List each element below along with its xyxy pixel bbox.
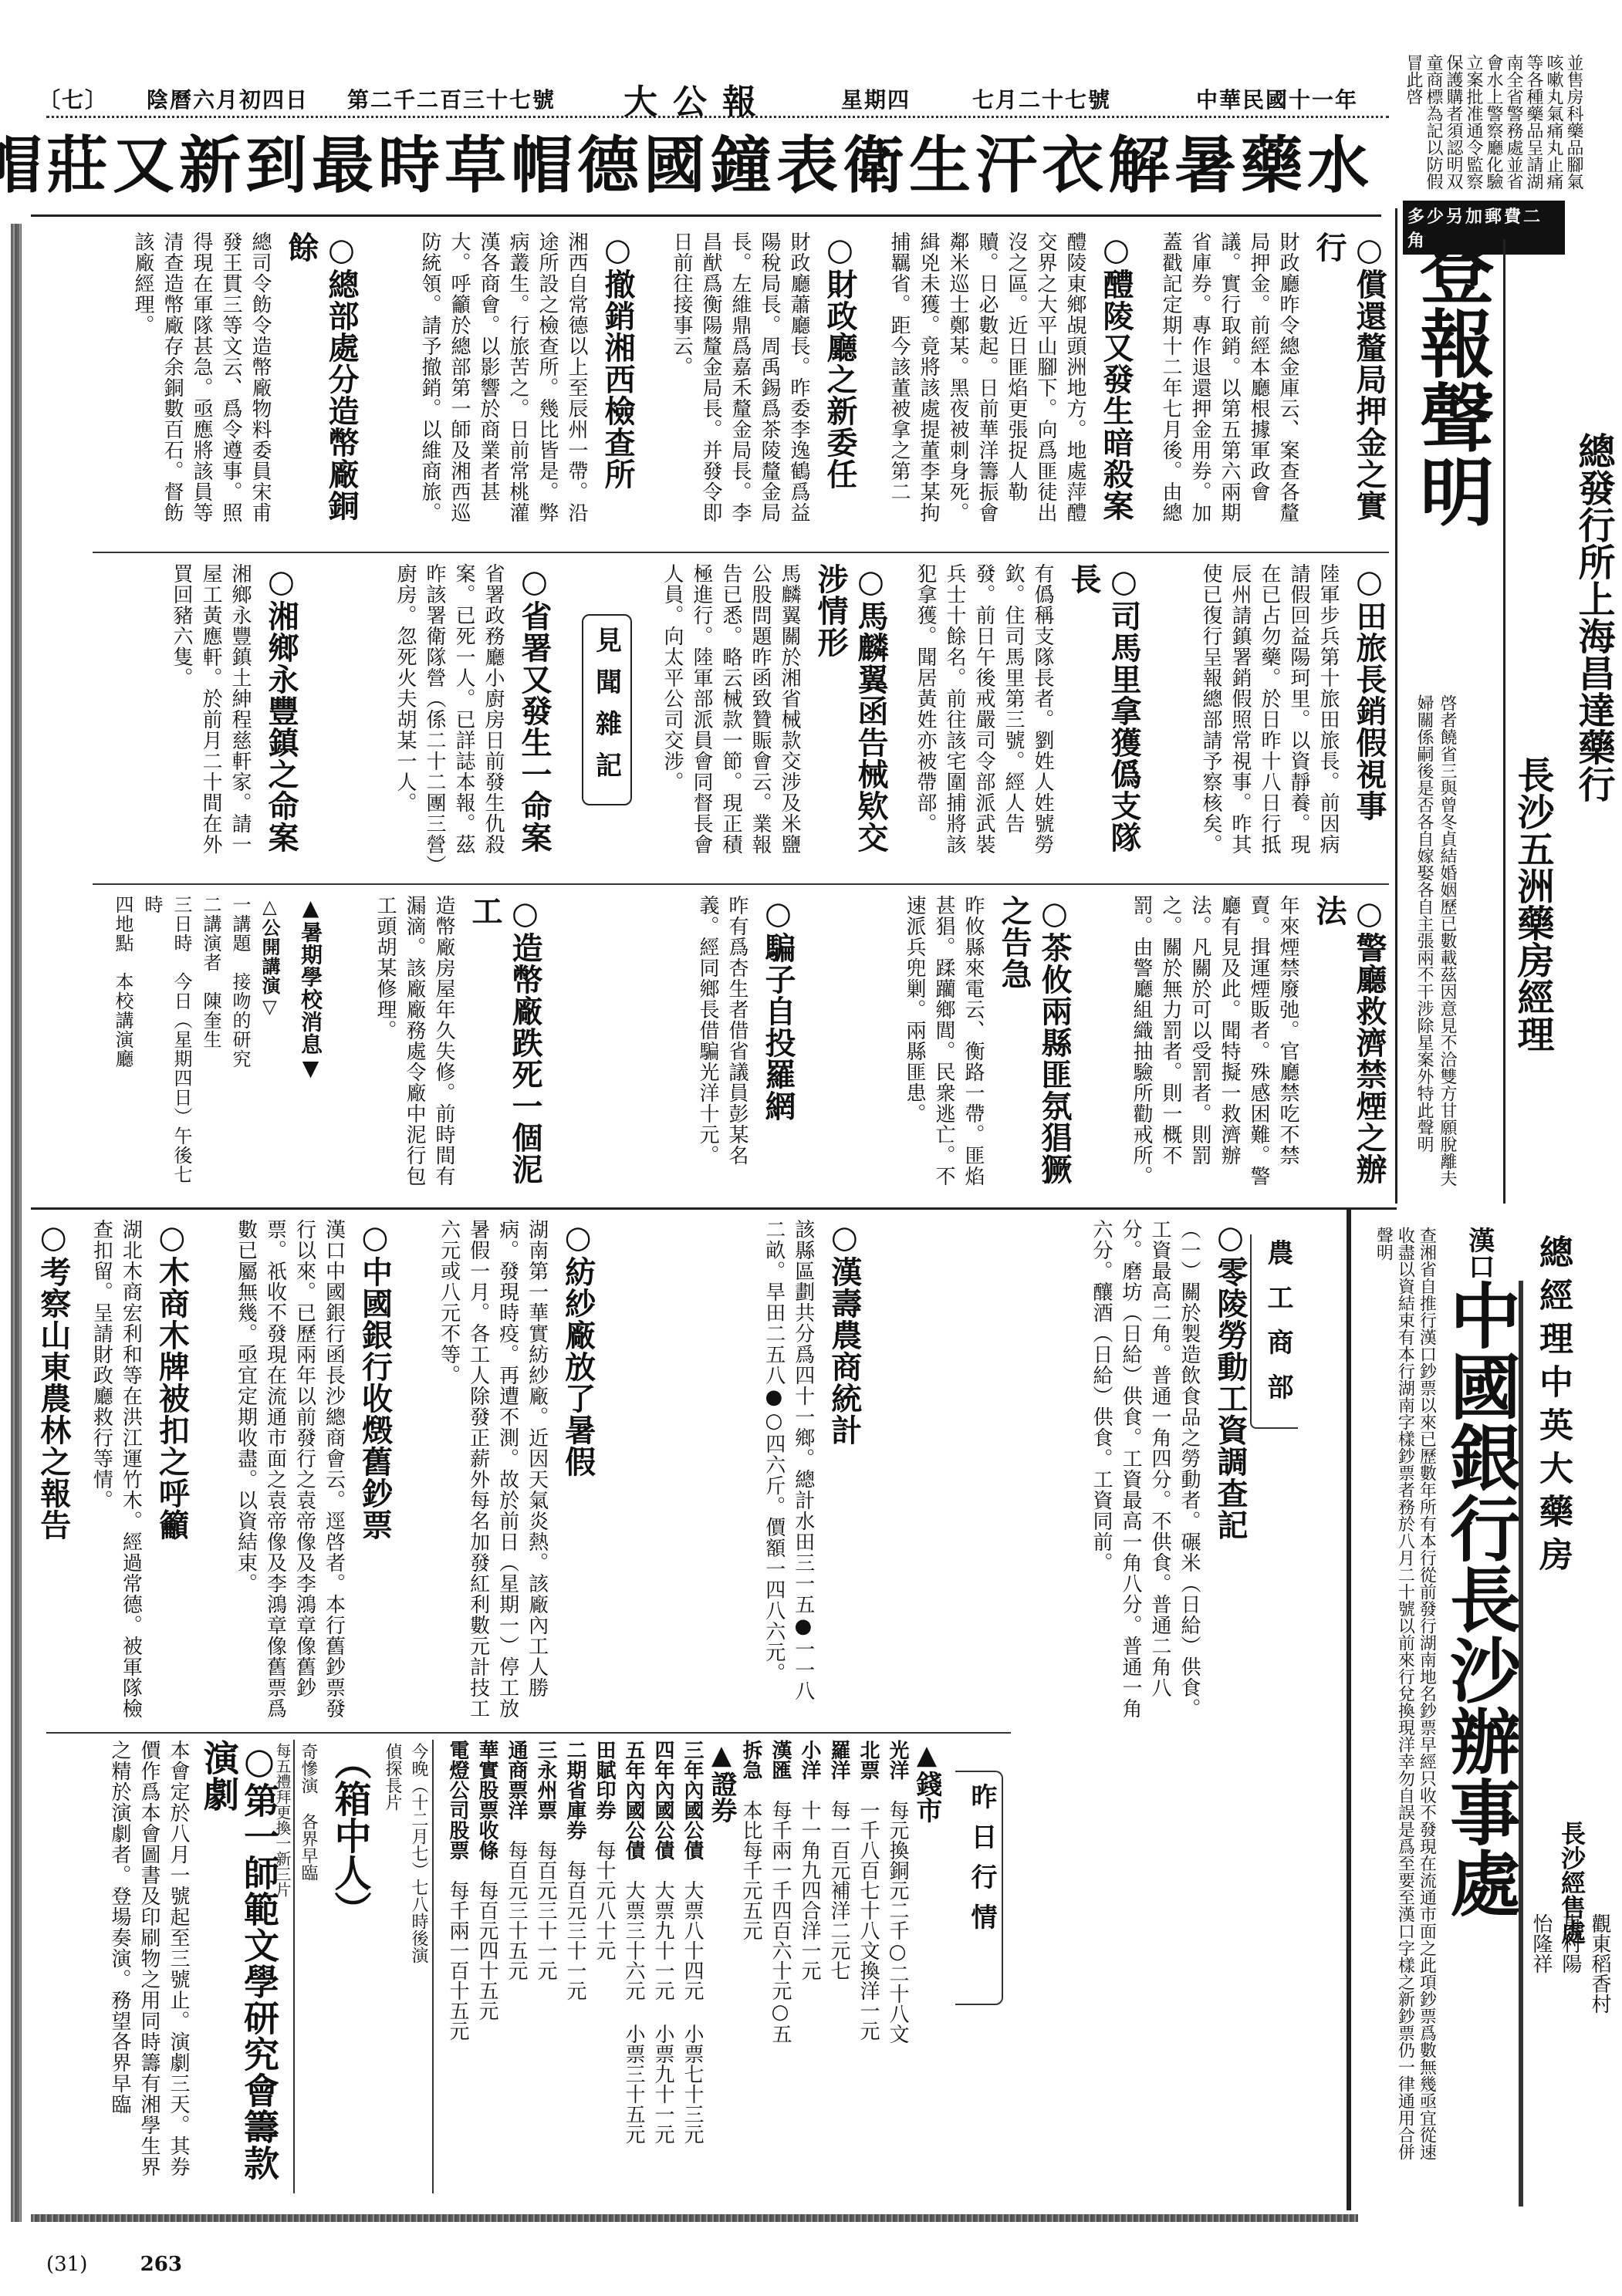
theater-subtitle: 偵探長片 bbox=[381, 1743, 403, 2190]
article-body: 總司令飭令造幣廠物料委員宋甫發王貫三等文云、爲令遵事。照得現在軍隊甚急。亟應將該… bbox=[128, 231, 275, 540]
school-item: 二講演者 陳奎生 bbox=[196, 895, 225, 1196]
bank-ad-title-wrap: 漢口 中國銀行長沙辦事處 bbox=[1441, 1227, 1516, 2214]
section-label-jianwen: 見聞雜記 bbox=[582, 614, 632, 805]
article-body: 財政廳蕭廳長。昨委李逸鶴爲益陽稅局長。周禹錫爲茶陵釐金局長。左維鼎爲嘉禾釐金局長… bbox=[667, 231, 813, 540]
article-title: ○造幣廠跌死一個泥工 bbox=[465, 895, 545, 1196]
article-timber-merchants: ○木商木牌被扣之呼籲 湖北木商宏利和等在洪江運竹木。經過常德。被軍隊檢查扣留。呈… bbox=[93, 1219, 192, 1720]
masthead-date: 七月二十七號 bbox=[972, 83, 1111, 114]
article-title: ○警廳救濟禁煙之辦法 bbox=[1309, 895, 1389, 1196]
section-rule bbox=[31, 1207, 1397, 1210]
article-body: 湘鄉永豐鎮土紳程慈軒家。請一屋工黃應軒。於前月二十間在外買回豬六隻。 bbox=[167, 563, 255, 872]
article-title: ○木商木牌被扣之呼籲 bbox=[151, 1219, 191, 1720]
article-title: ○騙子自投羅網 bbox=[758, 895, 798, 1196]
article-body: 省署政務廳小廚房日前發生仇殺案。已死一人。已詳誌本報。茲昨該署衛隊營（係二十二團… bbox=[390, 563, 508, 872]
article-liling-assassination: ○醴陵又發生暗殺案 醴陵東鄉覘頭洲地方。地處萍醴交界之大平山腳下。向爲匪徒出沒之… bbox=[881, 231, 1136, 540]
masthead-date-republic: 中華民國十一年 bbox=[1196, 83, 1358, 114]
page-edge-shadow bbox=[11, 224, 22, 2222]
article-body: 陸軍步兵第十旅田旅長。前因病請假回益陽珂里。以資靜養。現在已占勿藥。於日昨十八日… bbox=[1196, 563, 1343, 872]
article-title: ○考察山東農林之報告 bbox=[33, 1219, 73, 1720]
agent-item: 東村陽 bbox=[1557, 1913, 1583, 2014]
market-category: ▲證券 bbox=[707, 1740, 736, 2203]
article-title: ○財政廳之新委任 bbox=[819, 231, 860, 540]
market-row: 羅洋 每一百元補洋二元七 bbox=[824, 1740, 853, 2203]
article-body: 湖北木商宏利和等在洪江運竹木。經過常德。被軍隊檢查扣留。呈請財政廳救行等情。 bbox=[93, 1219, 146, 1720]
market-report: 昨日行情 ▲錢市 光洋 每元換銅元二千○二十八文 北票 一千八百七十八文換洋一元… bbox=[448, 1740, 1003, 2203]
article-body: 湘西自常德以上至辰州一帶。沿途所設之檢查所。幾比皆是。弊病叢生。行旅苦之。日前常… bbox=[415, 231, 591, 540]
school-news: ▲暑期學校消息▼ △公開講演▽ 一講題 接吻的研究 二講演者 陳奎生 三日時 今… bbox=[83, 895, 330, 1196]
article-body: 漢口中國銀行函長沙總商會云。逕啓者。本行舊鈔票發行以來。已歷兩年以前發行之袁帝像… bbox=[231, 1219, 348, 1720]
article-title: ○湘鄉永豐鎮之命案 bbox=[261, 563, 301, 872]
upper-row-2: ○田旅長銷假視事 陸軍步兵第十旅田旅長。前因病請假回益陽珂里。以資靜養。現在已占… bbox=[46, 563, 1389, 872]
market-category: ▲錢市 bbox=[912, 1740, 941, 2203]
article-title: ○田旅長銷假視事 bbox=[1349, 563, 1389, 872]
lower-row-2: 昨日行情 ▲錢市 光洋 每元換銅元二千○二十八文 北票 一千八百七十八文換洋一元… bbox=[23, 1740, 1003, 2203]
article-shandong-forestry: ○考察山東農林之報告 bbox=[31, 1219, 73, 1720]
market-row: 通商票洋 每百元三十五元 bbox=[502, 1740, 531, 2203]
banner-rule bbox=[31, 214, 1381, 217]
article-body: 有僞稱支隊長者。劉姓人姓號勞欽。住司馬里第三號。經人告發。前日午後戒嚴司令部派武… bbox=[912, 563, 1057, 872]
article-body: 醴陵東鄉覘頭洲地方。地處萍醴交界之大平山腳下。向爲匪徒出沒之區。近日匪焰更張捉人… bbox=[881, 231, 1090, 540]
market-row: 拆急 本比每千元五元 bbox=[736, 1740, 765, 2203]
article-finance-appointment: ○財政廳之新委任 財政廳蕭廳長。昨委李逸鶴爲益陽稅局長。周禹錫爲茶陵釐金局長。左… bbox=[659, 231, 860, 540]
banner-text: 晉泰隆洋貨鞋帽莊又新到最時草帽德國鐘表衛生汗衣解暑藥水 bbox=[0, 135, 1374, 197]
masthead-issue-number: 第二千二百三十七號 bbox=[347, 83, 556, 114]
article-normal-school-drama: ○第一師範文學研究會籌款演劇 本會定於八月一號起至三號止。演劇三天。其券價作爲本… bbox=[25, 1740, 279, 2187]
market-row: 三年內國公債 大票八十四元 小票七十三元 bbox=[678, 1740, 707, 2203]
bank-ad-prefix: 漢口 bbox=[1466, 1227, 1492, 1279]
notice-divider bbox=[1503, 239, 1505, 1204]
article-title: ○撤銷湘西檢查所 bbox=[597, 231, 637, 540]
article-title: ○償還釐局押金之實行 bbox=[1309, 231, 1389, 540]
agri-section-box: 農工商部 bbox=[1250, 1234, 1298, 1429]
article-title: ○總部處分造幣廠銅餘 bbox=[281, 231, 361, 540]
market-sections: ▲錢市 光洋 每元換銅元二千○二十八文 北票 一千八百七十八文換洋一元 羅洋 每… bbox=[448, 1740, 941, 2203]
market-row: 光洋 每元換銅元二千○二十八文 bbox=[883, 1740, 912, 2203]
article-body: 本會定於八月一號起至三號止。演劇三天。其券價作爲本會圖書及印刷物之用同時籌有湘學… bbox=[105, 1740, 193, 2187]
school-item: 四地點 本校講演廳 bbox=[108, 895, 137, 1196]
market-row: 田賦印券 每十元八十元 bbox=[590, 1740, 619, 2203]
article-title: ○醴陵又發生暗殺案 bbox=[1096, 231, 1136, 540]
agent-item: 怡隆祥 bbox=[1528, 1913, 1554, 2014]
notice-body: 啓者饒省三與曾冬貞結婚姻歷已數載茲因意見不洽雙方甘願脫離夫婦關係嗣後是否各自嫁娶… bbox=[1412, 694, 1458, 1188]
market-title-box: 昨日行情 bbox=[955, 1771, 1003, 2005]
article-opium-relief: ○警廳救濟禁煙之辦法 年來煙禁廢弛。官廳禁吃不禁賣。揖運煙販者。殊感困難。警廳有… bbox=[1096, 895, 1389, 1196]
bank-ad: 漢口 中國銀行長沙辦事處 查湘省自推行漢口鈔票以來已歷數年所有本行從前發行湖南地… bbox=[1354, 1227, 1516, 2214]
article-fake-commander: ○司馬里拿獲僞支隊長 有僞稱支隊長者。劉姓人姓號勞欽。住司馬里第三號。經人告發。… bbox=[912, 563, 1144, 872]
article-body: 造幣廠房屋年久失修。前時間有漏滴。該廠廠務處令廠中泥行包工頭胡某修理。 bbox=[370, 895, 458, 1196]
market-row: 四年內國公債 大票九十一元 小票九十一元 bbox=[648, 1740, 678, 2203]
article-repay-deposit: ○償還釐局押金之實行 財政廳昨令總金庫云、案查各釐局押金。前經本廳根據軍政會議。… bbox=[1157, 231, 1389, 540]
page-footer: (31) 263 bbox=[46, 2253, 228, 2276]
agent-list: 觀東稻香村 東村陽 怡隆祥 bbox=[1528, 1913, 1613, 2014]
theater-footer: 每五禮拜更換一新三片 bbox=[272, 1743, 292, 2190]
notice-border-left bbox=[1395, 208, 1397, 1204]
notice-ad: 登報聲明 啓者饒省三與曾冬貞結婚姻歷已數載茲因意見不洽雙方甘願脫離夫婦關係嗣後是… bbox=[1412, 231, 1497, 1196]
article-title: ○中國銀行收燬舊鈔票 bbox=[354, 1219, 394, 1720]
article-body: （一）關於製造飲食品之勞動者。碾米（日給）供食。工資最高二角。普通一角四分。不供… bbox=[1086, 1219, 1204, 1720]
banner-ad: 晉泰隆洋貨鞋帽莊又新到最時草帽德國鐘表衛生汗衣解暑藥水 bbox=[15, 123, 1374, 208]
pharmacy-line2: 長沙五洲藥房經理 bbox=[1506, 756, 1559, 1204]
top-right-ad: 並售房科藥品腳氣咳嗽丸氣痛丸止痛等各種藥品呈請湖南全省警務處並省會水上警察廳化驗… bbox=[1403, 54, 1565, 231]
row-rule-2 bbox=[93, 883, 1389, 885]
article-provincial-murder: ○省署又發生一命案 省署政務廳小廚房日前發生仇殺案。已死一人。已詳誌本報。茲昨該… bbox=[323, 563, 554, 872]
article-bank-old-notes: ○中國銀行收燬舊鈔票 漢口中國銀行函長沙總商會云。逕啓者。本行舊鈔票發行以來。已… bbox=[211, 1219, 394, 1720]
article-body: 財政廳昨令總金庫云、案查各釐局押金。前經本廳根據軍政會議。實行取銷。以第五第六兩… bbox=[1157, 231, 1303, 540]
market-row: 小洋 十一角九四合洋一元 bbox=[795, 1740, 824, 2203]
article-mint-worker-death: ○造幣廠跌死一個泥工 造幣廠房屋年久失修。前時間有漏滴。該廠廠務處令廠中泥行包工… bbox=[352, 895, 545, 1196]
market-row: 北票 一千八百七十八文換洋一元 bbox=[853, 1740, 883, 2203]
article-title: ○省署又發生一命案 bbox=[514, 563, 554, 872]
article-body: 湖南第一華實紡紗廠。近因天氣炎熱。該廠內工人勝病。發現時疫。再遭不測。故於前日（… bbox=[434, 1219, 552, 1720]
bottom-rule bbox=[31, 2214, 1358, 2222]
theater-header: 今晚（十二月七）七八時後演 bbox=[407, 1743, 429, 2190]
bank-ad-divider bbox=[1519, 1281, 1523, 2207]
market-row: 二期省庫券 每百元三十一元 bbox=[560, 1740, 590, 2203]
bank-ad-body: 查湘省自推行漢口鈔票以來已歷數年所有本行從前發行湖南地名鈔票早經只收不發現在流通… bbox=[1372, 1227, 1437, 2176]
agent-ad-title: 總經理中英大藥房 bbox=[1528, 1234, 1577, 1580]
row-rule-1 bbox=[93, 552, 1389, 553]
school-item: 三日時 今日（星期四日）午後七時 bbox=[137, 895, 196, 1196]
article-xiangxiang-murder: ○湘鄉永豐鎮之命案 湘鄉永豐鎮土紳程慈軒家。請一屋工黃應軒。於前月二十間在外買回… bbox=[69, 563, 301, 872]
article-hanshou-statistics: ○漢壽農商統計 該縣區劃共分爲四十一鄉。總計水田三一五●一一八二畝。旱田二五八●… bbox=[618, 1219, 864, 1720]
article-spinning-mill: ○紡紗廠放了暑假 湖南第一華實紡紗廠。近因天氣炎熱。該廠內工人勝病。發現時疫。再… bbox=[414, 1219, 597, 1720]
market-row: 三永州票 每百元三十一元 bbox=[531, 1740, 560, 2203]
market-row: 漢匯 每千兩一千四百六十元○五 bbox=[765, 1740, 795, 2203]
agent-item: 觀東稻香村 bbox=[1587, 1913, 1613, 2014]
notice-title: 登報聲明 bbox=[1412, 231, 1490, 528]
page-number: 263 bbox=[140, 2253, 182, 2276]
lower-row-1: ○零陵勞動工資調查記 （一）關於製造飲食品之勞動者。碾米（日給）供食。工資最高二… bbox=[31, 1219, 1250, 1720]
row-rule-3 bbox=[46, 1732, 1011, 1734]
article-title: ○零陵勞動工資調查記 bbox=[1210, 1219, 1250, 1720]
article-lingling-wages: ○零陵勞動工資調查記 （一）關於製造飲食品之勞動者。碾米（日給）供食。工資最高二… bbox=[884, 1219, 1250, 1720]
article-body: 昨有爲杏生者借省議員彭某名義。經同鄉長借騙光洋十元。 bbox=[693, 895, 752, 1196]
school-news-subtitle: △公開講演▽ bbox=[255, 895, 284, 1196]
agri-section-label: 農工商部 bbox=[1252, 1234, 1305, 1423]
box-label-wrap: 見聞雜記 bbox=[576, 563, 637, 856]
pharmacy-line1: 總發行所上海昌達藥行 bbox=[1567, 432, 1620, 1204]
theater-note: 奇慘演 各界早臨 bbox=[297, 1743, 319, 2190]
upper-row-1: ○償還釐局押金之實行 財政廳昨令總金庫云、案查各釐局押金。前經本廳根據軍政會議。… bbox=[46, 231, 1389, 540]
article-swindler: ○騙子自投羅網 昨有爲杏生者借省議員彭某名義。經同鄉長借騙光洋十元。 bbox=[566, 895, 798, 1196]
article-ma-linyi: ○馬麟翼函告械欵交涉情形 馬麟翼關於湘省械款交涉及米鹽公股問題昨函致贊賑會云。業… bbox=[659, 563, 890, 872]
masthead-page-number: 〔七〕 bbox=[39, 83, 108, 114]
article-body: 年來煙禁廢弛。官廳禁吃不禁賣。揖運煙販者。殊感困難。警廳有見及此。聞特擬一救濟辦… bbox=[1127, 895, 1303, 1196]
article-body: 馬麟翼關於湘省械款交涉及米鹽公股問題昨函致贊賑會云。業報告已悉。略云械款一節。現… bbox=[659, 563, 804, 872]
masthead-lunar-date: 陰曆六月初四日 bbox=[147, 83, 309, 114]
article-title: ○茶攸兩縣匪氛猖獗之告急 bbox=[994, 895, 1074, 1196]
upper-row-3: ○警廳救濟禁煙之辦法 年來煙禁廢弛。官廳禁吃不禁賣。揖運煙販者。殊感困難。警廳有… bbox=[46, 895, 1389, 1196]
agent-ad: 總經理中英大藥房 長沙經售處 觀東稻香村 東村陽 怡隆祥 bbox=[1528, 1234, 1620, 2207]
article-tian-brigade: ○田旅長銷假視事 陸軍步兵第十旅田旅長。前因病請假回益陽珂里。以資靜養。現在已占… bbox=[1165, 563, 1389, 872]
masthead-paper-name: 大公報 bbox=[623, 74, 772, 123]
volume-number: (31) bbox=[46, 2253, 87, 2276]
masthead: 中華民國十一年 七月二十七號 星期四 大公報 第二千二百三十七號 陰曆六月初四日… bbox=[46, 77, 1389, 118]
school-news-title: ▲暑期學校消息▼ bbox=[290, 895, 330, 1196]
market-row: 五年內國公債 大票三十六元 小票三十五元 bbox=[619, 1740, 648, 2203]
bank-ad-title: 中國銀行長沙辦事處 bbox=[1441, 1279, 1516, 1918]
bank-ad-border-left bbox=[1347, 1207, 1351, 2210]
article-title: ○紡紗廠放了暑假 bbox=[558, 1219, 598, 1720]
article-xiangxi-checkpoint: ○撤銷湘西檢查所 湘西自常德以上至辰州一帶。沿途所設之檢查所。幾比皆是。弊病叢生… bbox=[383, 231, 637, 540]
article-title: ○第一師範文學研究會籌款演劇 bbox=[199, 1740, 279, 2187]
article-body: 該縣區劃共分爲四十一鄉。總計水田三一五●一一八二畝。旱田二五八●○四六斤。價額一… bbox=[759, 1219, 818, 1720]
market-title: 昨日行情 bbox=[955, 1772, 1009, 1954]
article-title: ○馬麟翼函告械欵交涉情形 bbox=[810, 563, 890, 872]
school-item: 一講題 接吻的研究 bbox=[225, 895, 255, 1196]
article-title: ○司馬里拿獲僞支隊長 bbox=[1063, 563, 1144, 872]
market-row: 華實股票收條 每百元四十五元 bbox=[472, 1740, 502, 2203]
top-right-ad-text: 並售房科藥品腳氣咳嗽丸氣痛丸止痛等各種藥品呈請湖南全省警務處並省會水上警察廳化驗… bbox=[1403, 54, 1583, 201]
article-title: ○漢壽農商統計 bbox=[824, 1219, 864, 1720]
market-row: 電燈公司股票 每千兩一百十五元 bbox=[448, 1740, 472, 2203]
pharmacy-ad: 總發行所上海昌達藥行 長沙五洲藥房經理 bbox=[1512, 432, 1620, 1204]
article-mint-copper: ○總部處分造幣廠銅餘 總司令飭令造幣廠物料委員宋甫發王貫三等文云、爲令遵事。照得… bbox=[114, 231, 361, 540]
article-body: 昨攸縣來電云、衡路一帶。匪焰甚猖。蹂躪鄉閭。民衆逃亡。不速派兵兜剿。兩縣匪患。 bbox=[900, 895, 988, 1196]
theater-title: （箱中人） bbox=[323, 1743, 377, 2190]
theater-ad: 今晚（十二月七）七八時後演 偵探長片 （箱中人） 奇慘演 各界早臨 每五禮拜更換… bbox=[293, 1740, 434, 2193]
article-chayou-bandits: ○茶攸兩縣匪氛猖獗之告急 昨攸縣來電云、衡路一帶。匪焰甚猖。蹂躪鄉閭。民衆逃亡。… bbox=[819, 895, 1074, 1196]
masthead-weekday: 星期四 bbox=[841, 83, 911, 114]
